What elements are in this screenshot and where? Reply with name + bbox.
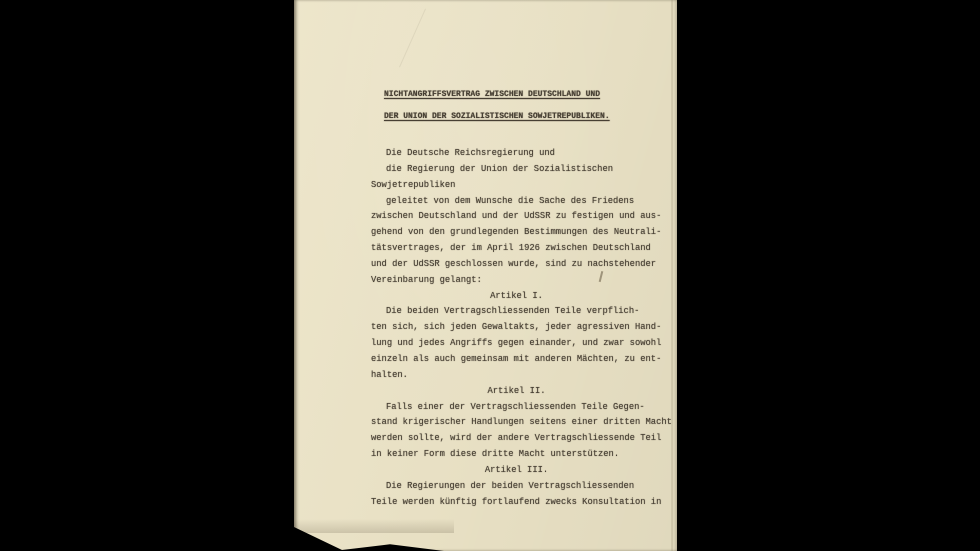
document-title-line-1: NICHTANGRIFFSVERTRAG ZWISCHEN DEUTSCHLAN… bbox=[384, 84, 674, 106]
document-page: NICHTANGRIFFSVERTRAG ZWISCHEN DEUTSCHLAN… bbox=[294, 0, 677, 551]
document-line: werden sollte, wird der andere Vertragsc… bbox=[371, 431, 662, 447]
document-line: geleitet von dem Wunsche die Sache des F… bbox=[371, 194, 662, 210]
paper-crease-right bbox=[671, 0, 673, 551]
paper-corner-shadow bbox=[294, 519, 454, 533]
document-line: lung und jedes Angriffs gegen einander, … bbox=[371, 336, 662, 352]
photo-background: NICHTANGRIFFSVERTRAG ZWISCHEN DEUTSCHLAN… bbox=[0, 0, 980, 551]
document-body: Die Deutsche Reichsregierung und die Reg… bbox=[371, 146, 662, 510]
paper-corner-cut bbox=[294, 527, 444, 551]
document-line: zwischen Deutschland und der UdSSR zu fe… bbox=[371, 209, 662, 225]
document-line: Teile werden künftig fortlaufend zwecks … bbox=[371, 495, 662, 511]
document-line: stand krigerischer Handlungen seitens ei… bbox=[371, 415, 662, 431]
document-line: halten. bbox=[371, 368, 662, 384]
document-title-line-2: DER UNION DER SOZIALISTISCHEN SOWJETREPU… bbox=[384, 106, 674, 128]
article-heading-1: Artikel I. bbox=[371, 289, 662, 305]
document-line: in keiner Form diese dritte Macht unters… bbox=[371, 447, 662, 463]
paper-crease-top bbox=[399, 9, 426, 68]
document-line: gehend von den grundlegenden Bestimmunge… bbox=[371, 225, 662, 241]
document-line: Vereinbarung gelangt: bbox=[371, 273, 662, 289]
article-heading-3: Artikel III. bbox=[371, 463, 662, 479]
document-line: Sowjetrepubliken bbox=[371, 178, 662, 194]
document-line: ten sich, sich jeden Gewaltakts, jeder a… bbox=[371, 320, 662, 336]
document-line: tätsvertrages, der im April 1926 zwische… bbox=[371, 241, 662, 257]
document-line: Falls einer der Vertragschliessenden Tei… bbox=[371, 400, 662, 416]
document-line: Die Deutsche Reichsregierung und bbox=[371, 146, 662, 162]
document-line: einzeln als auch gemeinsam mit anderen M… bbox=[371, 352, 662, 368]
document-line: und der UdSSR geschlossen wurde, sind zu… bbox=[371, 257, 662, 273]
document-line: Die Regierungen der beiden Vertragschlie… bbox=[371, 479, 662, 495]
document-title: NICHTANGRIFFSVERTRAG ZWISCHEN DEUTSCHLAN… bbox=[384, 84, 674, 128]
document-line: Die beiden Vertragschliessenden Teile ve… bbox=[371, 304, 662, 320]
article-heading-2: Artikel II. bbox=[371, 384, 662, 400]
document-line: die Regierung der Union der Sozialistisc… bbox=[371, 162, 662, 178]
